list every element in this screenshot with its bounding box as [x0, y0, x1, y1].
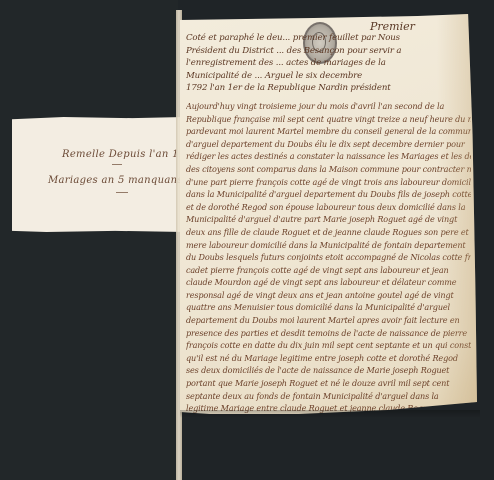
- text-line: dans la Municipalité d'arguel departemen…: [186, 188, 471, 201]
- text-line: cadet pierre françois cotte agé de vingt…: [186, 264, 471, 277]
- text-line: du Doubs lesquels futurs conjoints etoit…: [186, 251, 471, 264]
- text-line: mere laboureur domicilié dans la Municip…: [186, 239, 471, 252]
- dark-mount-panel: [0, 0, 178, 480]
- text-line: qu'il est né du Mariage legitime entre j…: [186, 352, 471, 365]
- text-line: Republique française mil sept cent quatr…: [186, 113, 471, 126]
- text-line: l'enregistrement des ... actes de mariag…: [186, 57, 471, 70]
- page-bottom-shadow: [180, 410, 480, 418]
- text-line: deux ans fille de claude Roguet et de je…: [186, 226, 471, 239]
- manuscript-page: Premier Coté et paraphé le deu... premie…: [180, 14, 477, 414]
- text-line: et de dorothé Regod son épouse laboureur…: [186, 201, 471, 214]
- text-line: Municipalité de ... Arguel le six decemb…: [186, 70, 471, 83]
- text-line: presence des parties et desdit temoins d…: [186, 327, 471, 340]
- label-underline: [116, 192, 128, 193]
- text-line: quattre ans Menuisier tous domicilié dan…: [186, 301, 471, 314]
- text-line: departement du Doubs moi laurent Martel …: [186, 314, 471, 327]
- text-line: ses deux domiciliés de l'acte de naissan…: [186, 364, 471, 377]
- label-slip-line-1: Remelle Depuis l'an 11: [62, 149, 185, 160]
- text-line: françois cotte en datte du dix juin mil …: [186, 339, 471, 352]
- label-underline: [112, 164, 122, 165]
- label-slip-line-2: Mariages an 5 manquans: [48, 175, 183, 186]
- archive-label-slip: Remelle Depuis l'an 11 Mariages an 5 man…: [12, 117, 184, 232]
- text-line: pardevant moi laurent Martel membre du c…: [186, 125, 471, 138]
- text-line: Coté et paraphé le deu... premier feuill…: [186, 32, 471, 45]
- text-line: Aujourd'huy vingt troisieme jour du mois…: [186, 100, 471, 113]
- text-line: septante deux au fonds de fontain Munici…: [186, 390, 471, 403]
- text-line: portant que Marie joseph Roguet et né le…: [186, 377, 471, 390]
- text-line: rédiger les actes destinés a constater l…: [186, 150, 471, 163]
- text-line: responsal agé de vingt deux ans et jean …: [186, 289, 471, 302]
- text-line: des citoyens sont comparus dans la Maiso…: [186, 163, 471, 176]
- text-line: Président du District ... des Besançon p…: [186, 45, 471, 58]
- text-line: d'une part pierre françois cotte agé de …: [186, 176, 471, 189]
- text-line: Municipalité d'arguel d'autre part Marie…: [186, 213, 471, 226]
- text-line: d'arguel departement du Doubs élu le dix…: [186, 138, 471, 151]
- text-line: claude Mourdon agé de vingt sept ans lab…: [186, 276, 471, 289]
- handwritten-text-block: Coté et paraphé le deu... premier feuill…: [186, 32, 471, 414]
- text-line: 1792 l'an 1er de la Republique Nardin pr…: [186, 82, 471, 95]
